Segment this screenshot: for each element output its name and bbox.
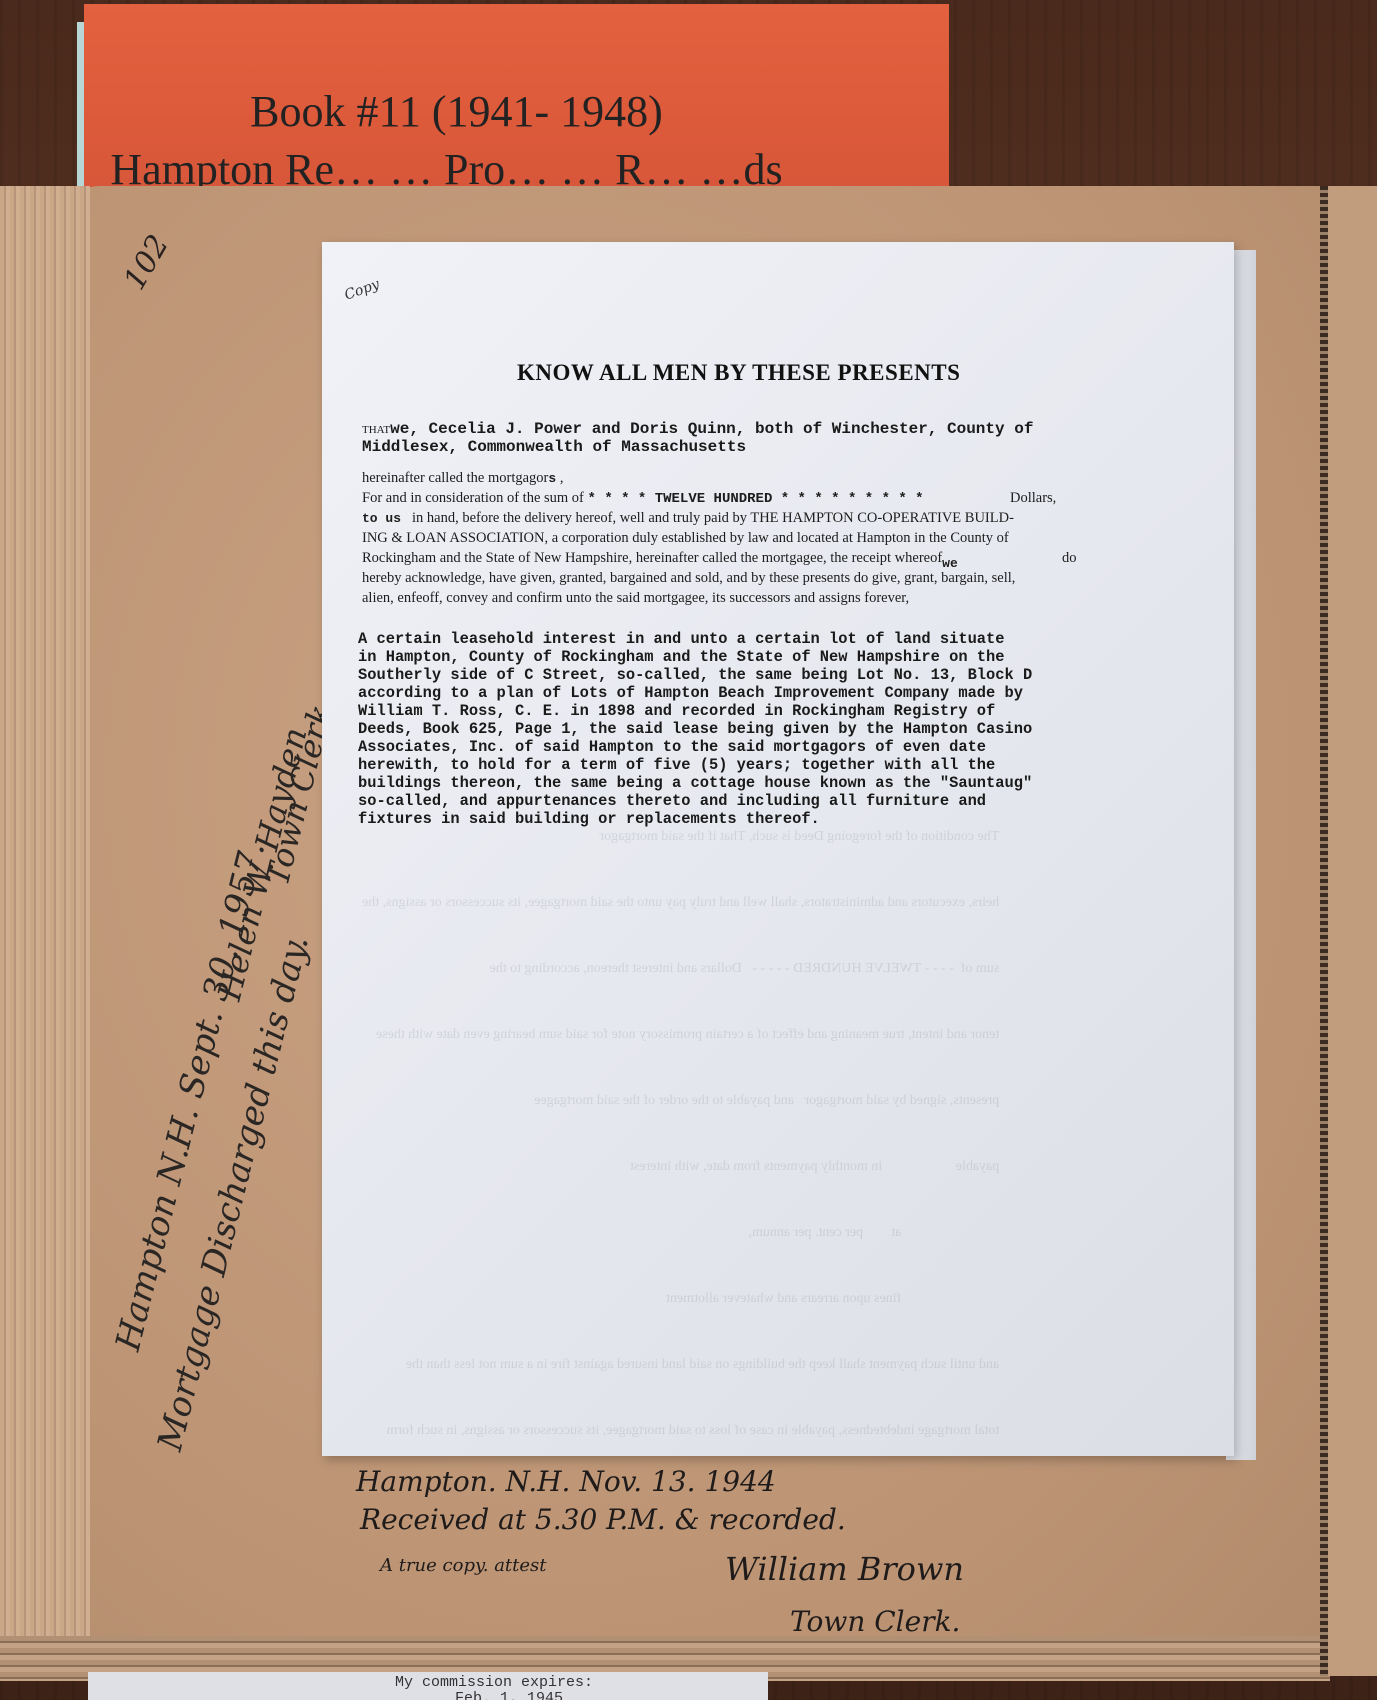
legal-line: Southerly side of C Street, so-called, t… xyxy=(358,666,1118,684)
bleed-through-text: The condition of the foregoing Deed is s… xyxy=(362,782,999,1486)
page-stack-edges xyxy=(0,186,90,1676)
legal-line: A certain leasehold interest in and unto… xyxy=(358,630,1118,648)
notary-commission-label: My commission expires: xyxy=(395,1674,593,1691)
mortgagor-line: hereinafter called the mortgagors , xyxy=(362,470,563,487)
alien-line: alien, enfeoff, convey and confirm unto … xyxy=(362,590,909,607)
recording-note-title: Town Clerk. xyxy=(790,1605,960,1638)
rockingham-text: Rockingham and the State of New Hampshir… xyxy=(362,550,942,566)
copy-annotation: Copy xyxy=(342,276,381,303)
mortgagor-punct: , xyxy=(556,470,563,486)
recording-note-signature: William Brown xyxy=(725,1550,964,1588)
parties-text: we, Cecelia J. Power and Doris Quinn, bo… xyxy=(390,420,1033,438)
mortgagor-label: hereinafter called the mortgagor xyxy=(362,470,548,486)
rockingham-line: Rockingham and the State of New Hampshir… xyxy=(362,550,958,567)
mortgage-deed-document: The condition of the foregoing Deed is s… xyxy=(322,242,1234,1456)
party-line-2: Middlesex, Commonwealth of Massachusetts xyxy=(362,438,746,456)
consideration-line: For and in consideration of the sum of *… xyxy=(362,490,924,507)
legal-description: A certain leasehold interest in and unto… xyxy=(358,630,1118,828)
party-line-1: THATwe, Cecelia J. Power and Doris Quinn… xyxy=(362,420,1033,438)
legal-line: buildings thereon, the same being a cott… xyxy=(358,774,1118,792)
hand-line: to usin hand, before the delivery hereof… xyxy=(362,510,1014,527)
do-label: do xyxy=(1062,550,1077,567)
to-us-value: to us xyxy=(362,511,412,526)
that-prefix: THAT xyxy=(362,424,390,436)
recording-note-date: Hampton. N.H. Nov. 13. 1944 xyxy=(356,1465,776,1498)
cover-title-book: Book #11 (1941- 1948) xyxy=(24,86,889,137)
legal-line: in Hampton, County of Rockingham and the… xyxy=(358,648,1118,666)
recording-note-received: Received at 5.30 P.M. & recorded. xyxy=(360,1503,846,1536)
document-title: KNOW ALL MEN BY THESE PRESENTS xyxy=(517,360,960,386)
notary-commission-date: Feb. 1, 1945 xyxy=(455,1690,563,1700)
book-spine-stitching xyxy=(1320,186,1328,1676)
orange-cover-sheet: Book #11 (1941- 1948) Hampton Re… … Pro…… xyxy=(84,4,949,204)
acknowledge-line: hereby acknowledge, have given, granted,… xyxy=(362,570,1015,587)
hand-text: in hand, before the delivery hereof, wel… xyxy=(412,510,1014,526)
dollars-label: Dollars, xyxy=(1010,490,1056,507)
association-line: ING & LOAN ASSOCIATION, a corporation du… xyxy=(362,530,1009,547)
legal-line: William T. Ross, C. E. in 1898 and recor… xyxy=(358,702,1118,720)
facing-page xyxy=(1328,186,1377,1676)
consideration-label: For and in consideration of the sum of xyxy=(362,490,584,506)
amount-value: * * * * TWELVE HUNDRED * * * * * * * * * xyxy=(588,491,924,507)
legal-line: Deeds, Book 625, Page 1, the said lease … xyxy=(358,720,1118,738)
legal-line: Associates, Inc. of said Hampton to the … xyxy=(358,738,1118,756)
recording-note-attest: A true copy. attest xyxy=(380,1555,547,1576)
legal-line: herewith, to hold for a term of five (5)… xyxy=(358,756,1118,774)
legal-line: fixtures in said building or replacement… xyxy=(358,810,1118,828)
legal-line: according to a plan of Lots of Hampton B… xyxy=(358,684,1118,702)
legal-line: so-called, and appurtenances thereto and… xyxy=(358,792,1118,810)
we-value: we xyxy=(942,556,958,571)
